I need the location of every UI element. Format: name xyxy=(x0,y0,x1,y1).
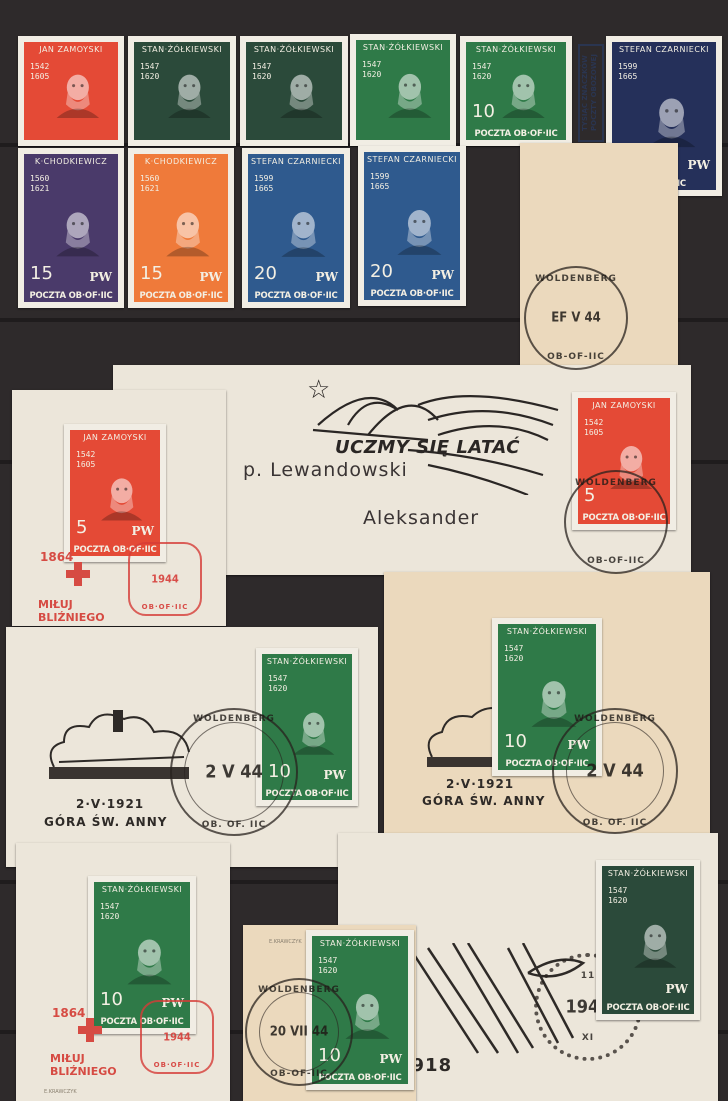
stamp-name: STAN·ŻÓŁKIEWSKI xyxy=(466,45,566,54)
stamp-green: STAN·ŻÓŁKIEWSKI 1547 1620 xyxy=(350,34,456,146)
stamp-years: 1547 1620 xyxy=(140,62,159,82)
stamp-years: 1599 1665 xyxy=(254,174,273,194)
stamp-monogram: PW xyxy=(432,268,455,282)
stamp-name: JAN ZAMOYSKI xyxy=(24,45,118,54)
stamp-green: STAN·ŻÓŁKIEWSKI 1547 1620 10 POCZTA OB·O… xyxy=(460,36,572,146)
stamp-name: STEFAN CZARNIECKI xyxy=(364,155,460,164)
gora-text: GÓRA ŚW. ANNY xyxy=(44,815,167,829)
stamp-years: 1547 1620 xyxy=(472,62,491,82)
stamp-years: 1542 1605 xyxy=(30,62,49,82)
stamp-name: STEFAN CZARNIECKI xyxy=(248,157,344,166)
stamp-red: JAN ZAMOYSKI 1542 1605 xyxy=(18,36,124,146)
stamp-years: 1560 1621 xyxy=(140,174,159,194)
stamp-name: STEFAN CZARNIECKI xyxy=(612,45,716,54)
stamp-years: 1560 1621 xyxy=(30,174,49,194)
gora-date-2: 2·V·1921 xyxy=(446,777,514,791)
red-octagon-cachet-2: 1944 OB·OF·IIC xyxy=(140,1000,214,1074)
stamp-name: STAN·ŻÓŁKIEWSKI xyxy=(262,657,352,666)
stamp-dark_green: STAN·ŻÓŁKIEWSKI 1547 1620 xyxy=(128,36,236,146)
stamp-value: 15 xyxy=(140,263,163,284)
stamp-name: JAN ZAMOYSKI xyxy=(70,433,160,442)
stamp-footer: POCZTA OB·OF·IIC xyxy=(602,1003,694,1013)
stamp-value: 20 xyxy=(370,261,393,282)
stamp-years: 1547 1620 xyxy=(100,902,119,922)
stamp-blue: STEFAN CZARNIECKI 1599 1665 20 PW POCZTA… xyxy=(242,148,350,308)
postmark-woldenberg-3: WOLDENBERG 2 V 44 OB. OF. IIC xyxy=(552,708,678,834)
stamp-years: 1542 1605 xyxy=(584,418,603,438)
stamp-value: 5 xyxy=(76,517,87,538)
address-prefix: p. xyxy=(243,459,263,481)
portrait-icon xyxy=(123,920,176,996)
postmark-woldenberg-envelope: WOLDENBERG OB-OF-IIC xyxy=(564,470,668,574)
red-octagon-cachet-1: 1944 OB·OF·IIC xyxy=(128,542,202,616)
stamp-monogram: PW xyxy=(316,270,339,284)
portrait-icon xyxy=(289,692,339,768)
stamp-monogram: PW xyxy=(90,270,113,284)
stamp-years: 1547 1620 xyxy=(252,62,271,82)
stamp-footer: POCZTA OB·OF·IIC xyxy=(466,129,566,139)
portrait-icon xyxy=(496,67,551,118)
stamp-years: 1547 1620 xyxy=(362,60,381,80)
stamp-footer: POCZTA OB·OF·IIC xyxy=(364,289,460,299)
stamp-years: 1547 1620 xyxy=(504,644,523,664)
stamp-dark_green: STAN·ŻÓŁKIEWSKI 1547 1620 xyxy=(240,36,348,146)
stamp-name: STAN·ŻÓŁKIEWSKI xyxy=(312,939,408,948)
stamp-value: 15 xyxy=(30,263,53,284)
stamp-years: 1599 1665 xyxy=(618,62,637,82)
portrait-icon xyxy=(52,67,104,118)
portrait-icon xyxy=(275,67,328,118)
portrait-icon xyxy=(163,67,216,118)
stamp-orange: K·CHODKIEWICZ 1560 1621 15 PW POCZTA OB·… xyxy=(128,148,234,308)
stamp-name: STAN·ŻÓŁKIEWSKI xyxy=(602,869,694,878)
envelope-slogan: UCZMY SIĘ LATAĆ xyxy=(335,437,520,458)
stamp-monogram: PW xyxy=(688,158,711,172)
stamp-name: JAN ZAMOYSKI xyxy=(578,401,670,410)
gora-text-2: GÓRA ŚW. ANNY xyxy=(422,794,545,808)
address-line-2: Aleksander xyxy=(363,507,479,529)
portrait-icon xyxy=(630,904,681,981)
stamp-footer: POCZTA OB·OF·IIC xyxy=(248,291,344,301)
stamp-dark_green: STAN·ŻÓŁKIEWSKI 1547 1620 PW POCZTA OB·O… xyxy=(596,860,700,1020)
overprint-label: TYSIĄC ZNACZKÓW POCZTY OBOZOWEJ xyxy=(578,44,604,142)
postmark-woldenberg-4: WOLDENBERG 20 VII 44 OB-OF-IIC xyxy=(245,978,353,1086)
stamp-monogram: PW xyxy=(132,524,155,538)
portrait-icon xyxy=(277,192,330,269)
portrait-icon xyxy=(393,190,446,267)
portrait-icon xyxy=(97,463,147,529)
gora-date: 2·V·1921 xyxy=(76,797,144,811)
stamp-value: 10 xyxy=(504,731,527,752)
stamp-name: STAN·ŻÓŁKIEWSKI xyxy=(356,43,450,52)
stamp-years: 1542 1605 xyxy=(76,450,95,470)
stamp-monogram: PW xyxy=(380,1052,403,1066)
red-cross-cachet-2: 1864 MIŁUJ BLIŹNIEGO xyxy=(48,1000,140,1080)
stamp-name: STAN·ŻÓŁKIEWSKI xyxy=(134,45,230,54)
stamp-monogram: PW xyxy=(324,768,347,782)
portrait-icon xyxy=(162,192,214,269)
stamp-blue: STEFAN CZARNIECKI 1599 1665 20 PW POCZTA… xyxy=(358,146,466,306)
portrait-icon xyxy=(52,192,104,269)
signature-2: E.KRAWCZYK xyxy=(269,939,302,945)
stamp-name: K·CHODKIEWICZ xyxy=(24,157,118,166)
stamp-name: STAN·ŻÓŁKIEWSKI xyxy=(498,627,596,636)
signature: E.KRAWCZYK xyxy=(44,1089,77,1095)
stamp-footer: POCZTA OB·OF·IIC xyxy=(134,291,228,301)
stamp-years: 1547 1620 xyxy=(608,886,627,906)
stamp-violet: K·CHODKIEWICZ 1560 1621 15 PW POCZTA OB·… xyxy=(18,148,124,308)
stamp-footer: POCZTA OB·OF·IIC xyxy=(24,291,118,301)
stamp-value: 20 xyxy=(254,263,277,284)
red-cross-cachet-1: 1864 MIŁUJ BLIŹNIEGO xyxy=(36,540,128,620)
stamp-name: K·CHODKIEWICZ xyxy=(134,157,228,166)
stamp-name: STAN·ŻÓŁKIEWSKI xyxy=(94,885,190,894)
stamp-years: 1547 1620 xyxy=(268,674,287,694)
postmark-woldenberg-1: WOLDENBERG EF V 44 OB-OF-IIC xyxy=(524,266,628,370)
stamp-monogram: PW xyxy=(200,270,223,284)
portrait-icon xyxy=(384,66,436,118)
stamp-years: 1547 1620 xyxy=(318,956,337,976)
stamp-name: STAN·ŻÓŁKIEWSKI xyxy=(246,45,342,54)
postmark-woldenberg-2: WOLDENBERG 2 V 44 OB. OF. IIC xyxy=(170,708,298,836)
stamp-monogram: PW xyxy=(666,982,689,996)
stamp-years: 1599 1665 xyxy=(370,172,389,192)
stamp-value: 10 xyxy=(472,101,495,122)
address-line-1: Lewandowski xyxy=(270,459,408,481)
